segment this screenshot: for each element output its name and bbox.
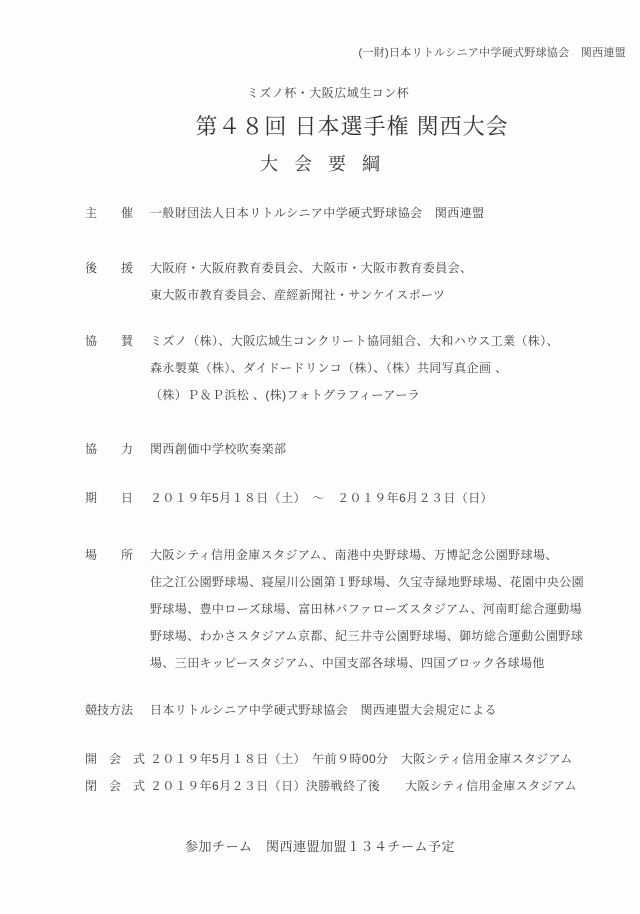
organization-header: (一財)日本リトルシニア中学硬式野球協会 関西連盟 (0, 46, 640, 60)
text-line: ２０１９年6月２３日（日）決勝戦終了後 大阪シティ信用金庫スタジアム (150, 773, 620, 800)
text-line: 野球場、豊中ローズ球場、富田林バファローズスタジアム、河南町総合運動場 (150, 596, 620, 623)
section-closing-ceremony: 閉 会 式 ２０１９年6月２３日（日）決勝戦終了後 大阪シティ信用金庫スタジアム (85, 773, 620, 800)
section-organizer: 主 催 一般財団法人日本リトルシニア中学硬式野球協会 関西連盟 (85, 200, 620, 227)
document-page: (一財)日本リトルシニア中学硬式野球協会 関西連盟 ミズノ杯・大阪広域生コン杯 … (0, 0, 640, 914)
section-label: 期 日 (85, 485, 150, 512)
text-line: 関西創価中学校吹奏楽部 (150, 436, 620, 463)
section-content: ２０１９年5月１８日（土） ～ ２０１９年6月２３日（日） (150, 485, 620, 512)
section-sponsors: 協 賛 ミズノ（株）、大阪広域生コンクリート協同組合、大和ハウス工業（株）、 森… (85, 328, 620, 409)
section-label: 協 力 (85, 436, 150, 463)
text-line: 森永製菓（株）、ダイドードリンコ（株）、（株）共同写真企画 、 (150, 355, 620, 382)
section-rules: 競技方法 日本リトルシニア中学硬式野球協会 関西連盟大会規定による (85, 697, 620, 724)
participants-line: 参加チーム 関西連盟加盟１３４チーム予定 (0, 833, 640, 860)
text-line: 住之江公園野球場、寝屋川公園第１野球場、久宝寺緑地野球場、花園中央公園 (150, 569, 620, 596)
text-line: 場、三田キッピースタジアム、中国支部各球場、四国ブロック各球場他 (150, 650, 620, 677)
section-label: 競技方法 (85, 697, 150, 724)
section-content: 大阪シティ信用金庫スタジアム、南港中央野球場、万博記念公園野球場、 住之江公園野… (150, 542, 620, 677)
section-label: 後 援 (85, 255, 150, 282)
section-opening-ceremony: 開 会 式 ２０１９年5月１８日（土） 午前９時00分 大阪シティ信用金庫スタジ… (85, 746, 620, 773)
text-line: 大阪府・大阪府教育委員会、大阪市・大阪市教育委員会、 (150, 255, 620, 282)
section-cooperation: 協 力 関西創価中学校吹奏楽部 (85, 436, 620, 463)
text-line: ２０１９年5月１８日（土） ～ ２０１９年6月２３日（日） (150, 485, 620, 512)
section-content: 大阪府・大阪府教育委員会、大阪市・大阪市教育委員会、 東大阪市教育委員会、産經新… (150, 255, 620, 309)
text-line: 日本リトルシニア中学硬式野球協会 関西連盟大会規定による (150, 697, 620, 724)
section-content: 一般財団法人日本リトルシニア中学硬式野球協会 関西連盟 (150, 200, 620, 227)
text-line: （株）Ｐ＆Ｐ浜松 、(株)フォトグラフィーアーラ (150, 382, 620, 409)
text-line: 野球場、わかさスタジアム京都、紀三井寺公園野球場、御坊総合運動公園野球 (150, 623, 620, 650)
outline-heading: 大会要綱 (0, 152, 640, 177)
section-dates: 期 日 ２０１９年5月１８日（土） ～ ２０１９年6月２３日（日） (85, 485, 620, 512)
tournament-title: 第４８回 日本選手権 関西大会 (0, 111, 640, 143)
section-support: 後 援 大阪府・大阪府教育委員会、大阪市・大阪市教育委員会、 東大阪市教育委員会… (85, 255, 620, 309)
text-line: ２０１９年5月１８日（土） 午前９時00分 大阪シティ信用金庫スタジアム (150, 746, 620, 773)
section-content: ２０１９年5月１８日（土） 午前９時00分 大阪シティ信用金庫スタジアム (150, 746, 620, 773)
section-content: 関西創価中学校吹奏楽部 (150, 436, 620, 463)
body-sections: 主 催 一般財団法人日本リトルシニア中学硬式野球協会 関西連盟 後 援 大阪府・… (0, 200, 640, 800)
section-content: ミズノ（株）、大阪広域生コンクリート協同組合、大和ハウス工業（株）、 森永製菓（… (150, 328, 620, 409)
section-venues: 場 所 大阪シティ信用金庫スタジアム、南港中央野球場、万博記念公園野球場、 住之… (85, 542, 620, 677)
section-label: 場 所 (85, 542, 150, 569)
cup-subtitle: ミズノ杯・大阪広域生コン杯 (0, 85, 640, 101)
text-line: ミズノ（株）、大阪広域生コンクリート協同組合、大和ハウス工業（株）、 (150, 328, 620, 355)
section-label: 閉 会 式 (85, 773, 150, 800)
text-line: 東大阪市教育委員会、産經新聞社・サンケイスポーツ (150, 282, 620, 309)
text-line: 一般財団法人日本リトルシニア中学硬式野球協会 関西連盟 (150, 200, 620, 227)
section-label: 開 会 式 (85, 746, 150, 773)
section-content: ２０１９年6月２３日（日）決勝戦終了後 大阪シティ信用金庫スタジアム (150, 773, 620, 800)
section-label: 主 催 (85, 200, 150, 227)
section-label: 協 賛 (85, 328, 150, 355)
section-content: 日本リトルシニア中学硬式野球協会 関西連盟大会規定による (150, 697, 620, 724)
text-line: 大阪シティ信用金庫スタジアム、南港中央野球場、万博記念公園野球場、 (150, 542, 620, 569)
